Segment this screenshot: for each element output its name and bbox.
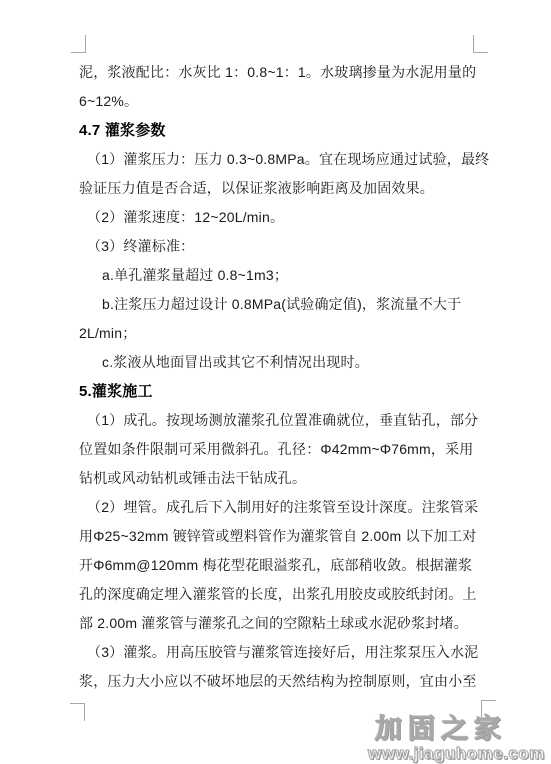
text-line: （3）终灌标准： [79, 232, 477, 261]
section-heading: 5.灌浆施工 [79, 377, 477, 406]
text-line: 用Φ25~32mm 镀锌管或塑料管作为灌浆管自 2.00m 以下加工对 [79, 522, 477, 551]
text-line: 孔的深度确定埋入灌浆管的长度，出浆孔用胶皮或胶纸封闭。上 [79, 580, 477, 609]
text-line: b.注浆压力超过设计 0.8MPa(试验确定值)，浆流量不大于 [79, 290, 477, 319]
text-line: 6~12%。 [79, 87, 477, 116]
text-line: a.单孔灌浆量超过 0.8~1m3； [79, 261, 477, 290]
text-boundary-mark-top-left [71, 35, 86, 53]
text-line: 2L/min； [79, 319, 477, 348]
text-line: 验证压力值是否合适，以保证浆液影响距离及加固效果。 [79, 174, 477, 203]
text-line: （3）灌浆。用高压胶管与灌浆管连接好后，用注浆泵压入水泥 [79, 638, 477, 667]
text-line: 部 2.00m 灌浆管与灌浆孔之间的空隙粘土球或水泥砂浆封堵。 [79, 609, 477, 638]
document-page: 泥，浆液配比：水灰比 1：0.8~1：1。水玻璃掺量为水泥用量的6~12%。4.… [0, 0, 551, 764]
text-line: 浆，压力大小应以不破坏地层的天然结构为控制原则，宜由小至 [79, 667, 477, 696]
text-line: 位置如条件限制可采用微斜孔。孔径：Φ42mm~Φ76mm，采用 [79, 435, 477, 464]
text-line: 泥，浆液配比：水灰比 1：0.8~1：1。水玻璃掺量为水泥用量的 [79, 58, 477, 87]
watermark-logo-text: 加固之家 [368, 716, 507, 743]
text-boundary-mark-bottom-left [70, 703, 85, 721]
document-text: 泥，浆液配比：水灰比 1：0.8~1：1。水玻璃掺量为水泥用量的6~12%。4.… [79, 58, 477, 696]
watermark-url-text: www.jiaguhome.com [368, 745, 545, 762]
text-line: 开Φ6mm@120mm 梅花型花眼溢浆孔，底部稍收敛。根据灌浆 [79, 551, 477, 580]
watermark: 加固之家 www.jiaguhome.com [368, 716, 545, 762]
text-line: 钻机或风动钻机或锤击法干钻成孔。 [79, 464, 477, 493]
section-heading: 4.7 灌浆参数 [79, 116, 477, 145]
text-line: （2）埋管。成孔后下入制用好的注浆管至设计深度。注浆管采 [79, 493, 477, 522]
text-line: （1）成孔。按现场测放灌浆孔位置准确就位，垂直钻孔，部分 [79, 406, 477, 435]
text-line: （2）灌浆速度：12~20L/min。 [79, 203, 477, 232]
text-line: （1）灌浆压力：压力 0.3~0.8MPa。宜在现场应通过试验，最终 [79, 145, 477, 174]
text-line: c.浆液从地面冒出或其它不利情况出现时。 [79, 348, 477, 377]
text-boundary-mark-top-right [473, 35, 488, 53]
